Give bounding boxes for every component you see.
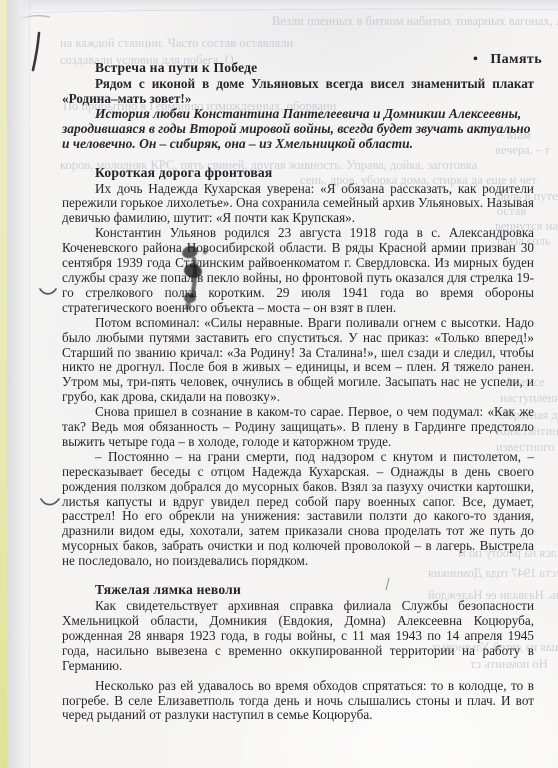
paragraph: Несколько раз ей удавалось во время обхо… [62, 679, 534, 724]
paragraph: Как свидетельствует архивная справка фил… [62, 599, 534, 674]
section-heading-captivity: Тяжелая лямка неволи [95, 582, 534, 597]
section-heading-front-road: Короткая дорога фронтовая [95, 165, 534, 180]
paragraph: Потом вспоминал: «Силы неравные. Враги п… [62, 316, 534, 405]
paragraph: Их дочь Надежда Кухарская уверена: «Я об… [62, 182, 534, 227]
paragraph: – Постоянно – на грани смерти, под надзо… [62, 450, 534, 569]
paragraph: Константин Ульянов родился 23 августа 19… [62, 226, 534, 315]
paragraph: Снова пришел в сознание в каком-то сарае… [62, 405, 534, 450]
article-body: Встреча на пути к Победе Рядом с иконой … [62, 60, 534, 723]
scanned-document-page: Везли пленных в битком набитых товарных … [0, 0, 558, 768]
page-left-crease [29, 0, 30, 768]
scanner-background-strip [0, 0, 7, 768]
lead-paragraph-bold: Рядом с иконой в доме Ульяновых всегда в… [62, 77, 534, 107]
article-title: Встреча на пути к Победе [95, 60, 534, 75]
page-left-edge-shadow [7, 0, 31, 768]
lead-paragraph-italic: История любви Константина Пантелеевича и… [62, 107, 534, 152]
showthrough-fragment: на каждой станции. Часто состав оставлял… [60, 36, 293, 51]
